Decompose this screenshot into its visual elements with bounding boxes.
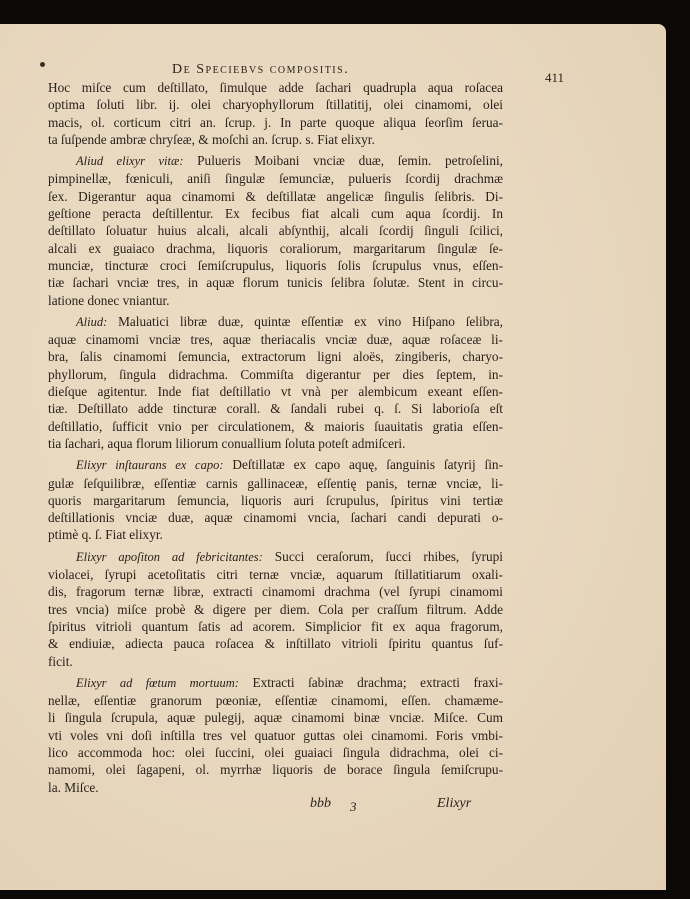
text-line: Elixyr ad fœtum mortuum: Extracti ſabinæ…: [48, 674, 503, 692]
line-text: dieſque agitentur. Inde fiat deſtillatio…: [48, 384, 503, 399]
line-text: Extracti ſabinæ drachma; extracti fraxi-: [239, 675, 503, 690]
text-line: deſtillationis vnciæ duæ, aquæ cinamomi …: [48, 509, 503, 526]
text-line: Hoc miſce cum deſtillato, ſimulque adde …: [48, 79, 503, 96]
text-line: latione donec vniantur.: [48, 292, 503, 309]
line-text: munciæ, tincturæ croci ſemiſcrupulus, li…: [48, 258, 503, 273]
text-line: alcali ex guaiaco drachma, liquoris cora…: [48, 240, 503, 257]
line-text: la. Miſce.: [48, 780, 99, 795]
text-line: geſtione peracta deſtillentur. Ex fecibu…: [48, 205, 503, 222]
line-text: quoris margaritarum ſemuncia, liquoris a…: [48, 493, 503, 508]
line-text: ſpiritus vitrioli quantum ſatis ad acore…: [48, 619, 503, 634]
text-line: ptimè q. ſ. Fiat elixyr.: [48, 526, 503, 543]
text-line: la. Miſce.: [48, 779, 503, 796]
line-text: gulæ ſeſquilibræ, eſſentiæ carnis gallin…: [48, 476, 503, 491]
line-text: lico accommoda hoc: olei ſuccini, olei g…: [48, 745, 503, 760]
rubric-heading: Elixyr apoſiton ad febricitantes:: [76, 550, 263, 564]
text-line: pimpinellæ, fœniculi, aniſi ſingulæ ſemu…: [48, 170, 503, 187]
line-text: tia ſachari, aqua florum liliorum conual…: [48, 436, 405, 451]
line-text: latione donec vniantur.: [48, 293, 169, 308]
text-line: tiæ. Deſtillato adde tincturæ corall. & …: [48, 400, 503, 417]
signature-mark: bbb: [310, 796, 331, 812]
line-text: li ſingula ſcrupula, aquæ pulegij, aquæ …: [48, 710, 503, 725]
text-line: ſpiritus vitrioli quantum ſatis ad acore…: [48, 618, 503, 635]
line-text: deſtillatio, ſufficit vnio per circulati…: [48, 419, 503, 434]
text-line: lico accommoda hoc: olei ſuccini, olei g…: [48, 744, 503, 761]
text-line: Aliud: Maluatici libræ duæ, quintæ eſſen…: [48, 313, 503, 331]
line-text: namomi, olei ſagapeni, ol. myrrhæ liquor…: [48, 762, 503, 777]
body-text: Hoc miſce cum deſtillato, ſimulque adde …: [48, 79, 503, 796]
line-text: phyllorum, ſingula didrachma. Commiſta d…: [48, 367, 503, 382]
text-line: nellæ, eſſentiæ granorum pœoniæ, eſſenti…: [48, 692, 503, 709]
text-line: namomi, olei ſagapeni, ol. myrrhæ liquor…: [48, 761, 503, 778]
line-text: geſtione peracta deſtillentur. Ex fecibu…: [48, 206, 503, 221]
text-line: & endiuiæ, adiecta pauca roſacea & inſti…: [48, 635, 503, 652]
text-line: ſex. Digerantur aqua cinamomi & deſtilla…: [48, 188, 503, 205]
line-text: violacei, ſyrupi acetoſitatis citri tern…: [48, 567, 503, 582]
rubric-heading: Elixyr inſtaurans ex capo:: [76, 458, 223, 472]
text-line: phyllorum, ſingula didrachma. Commiſta d…: [48, 366, 503, 383]
line-text: optima ſoluti libr. ij. olei charyophyll…: [48, 97, 503, 112]
text-line: macis, ol. corticum citri an. ſcrup. j. …: [48, 114, 503, 131]
text-line: quoris margaritarum ſemuncia, liquoris a…: [48, 492, 503, 509]
line-text: Deſtillatæ ex capo aquę, ſanguinis ſatyr…: [223, 457, 503, 472]
text-line: deſtillato ſoluatur huius alcali, alcali…: [48, 222, 503, 239]
text-line: Aliud elixyr vitæ: Pulueris Moibani vnci…: [48, 152, 503, 170]
text-line: tia ſachari, aqua florum liliorum conual…: [48, 435, 503, 452]
line-text: vti voles vni doſi inſtilla tres vel qua…: [48, 728, 503, 743]
page-number: 411: [545, 70, 564, 86]
line-text: ta ſuſpende ambræ chryſeæ, & moſchi an. …: [48, 132, 375, 147]
running-title: De Speciebvs compositis.: [172, 62, 349, 78]
text-line: tiæ ſachari vnciæ tres, in aquæ florum t…: [48, 274, 503, 291]
text-line: violacei, ſyrupi acetoſitatis citri tern…: [48, 566, 503, 583]
line-text: ptimè q. ſ. Fiat elixyr.: [48, 527, 163, 542]
line-text: alcali ex guaiaco drachma, liquoris cora…: [48, 241, 503, 256]
line-text: pimpinellæ, fœniculi, aniſi ſingulæ ſemu…: [48, 171, 503, 186]
paragraph: Elixyr ad fœtum mortuum: Extracti ſabinæ…: [48, 674, 503, 796]
book-page: De Speciebvs compositis. 411 Hoc miſce c…: [0, 24, 666, 890]
line-text: Pulueris Moibani vnciæ duæ, ſemin. petro…: [183, 153, 503, 168]
rubric-heading: Elixyr ad fœtum mortuum:: [76, 676, 239, 690]
line-text: Hoc miſce cum deſtillato, ſimulque adde …: [48, 80, 503, 95]
paragraph: Elixyr apoſiton ad febricitantes: Succi …: [48, 548, 503, 670]
line-text: & endiuiæ, adiecta pauca roſacea & inſti…: [48, 636, 503, 651]
text-line: li ſingula ſcrupula, aquæ pulegij, aquæ …: [48, 709, 503, 726]
paragraph: Aliud elixyr vitæ: Pulueris Moibani vnci…: [48, 152, 503, 309]
paragraph: Elixyr inſtaurans ex capo: Deſtillatæ ex…: [48, 456, 503, 543]
text-line: Elixyr apoſiton ad febricitantes: Succi …: [48, 548, 503, 566]
line-text: bra, ſalis cinamomi ſemuncia, extractoru…: [48, 349, 503, 364]
rubric-heading: Aliud elixyr vitæ:: [76, 154, 183, 168]
line-text: Maluatici libræ duæ, quintæ eſſentiæ ex …: [107, 314, 503, 329]
text-line: tres vncia) miſce probè & digere per die…: [48, 601, 503, 618]
line-text: Succi ceraſorum, ſucci rhibes, ſyrupi: [263, 549, 503, 564]
line-text: dis, fragorum ternæ libræ, extracti cina…: [48, 584, 503, 599]
line-text: nellæ, eſſentiæ granorum pœoniæ, eſſenti…: [48, 693, 503, 708]
text-line: deſtillatio, ſufficit vnio per circulati…: [48, 418, 503, 435]
text-line: vti voles vni doſi inſtilla tres vel qua…: [48, 727, 503, 744]
text-line: bra, ſalis cinamomi ſemuncia, extractoru…: [48, 348, 503, 365]
text-line: aquæ cinamomi vnciæ tres, aquæ theriacal…: [48, 331, 503, 348]
signature-number: 3: [350, 799, 357, 815]
line-text: ſex. Digerantur aqua cinamomi & deſtilla…: [48, 189, 503, 204]
line-text: macis, ol. corticum citri an. ſcrup. j. …: [48, 115, 503, 130]
line-text: tiæ. Deſtillato adde tincturæ corall. & …: [48, 401, 503, 416]
text-line: dieſque agitentur. Inde fiat deſtillatio…: [48, 383, 503, 400]
line-text: ficit.: [48, 654, 73, 669]
line-text: deſtillato ſoluatur huius alcali, alcali…: [48, 223, 503, 238]
paragraph: Hoc miſce cum deſtillato, ſimulque adde …: [48, 79, 503, 148]
line-text: aquæ cinamomi vnciæ tres, aquæ theriacal…: [48, 332, 503, 347]
rubric-heading: Aliud:: [76, 315, 107, 329]
text-line: ficit.: [48, 653, 503, 670]
text-line: munciæ, tincturæ croci ſemiſcrupulus, li…: [48, 257, 503, 274]
text-line: gulæ ſeſquilibræ, eſſentiæ carnis gallin…: [48, 475, 503, 492]
catchword: Elixyr: [437, 796, 471, 812]
text-line: dis, fragorum ternæ libræ, extracti cina…: [48, 583, 503, 600]
line-text: tres vncia) miſce probè & digere per die…: [48, 602, 503, 617]
line-text: deſtillationis vnciæ duæ, aquæ cinamomi …: [48, 510, 503, 525]
text-line: Elixyr inſtaurans ex capo: Deſtillatæ ex…: [48, 456, 503, 474]
line-text: tiæ ſachari vnciæ tres, in aquæ florum t…: [48, 275, 503, 290]
text-line: ta ſuſpende ambræ chryſeæ, & moſchi an. …: [48, 131, 503, 148]
paragraph: Aliud: Maluatici libræ duæ, quintæ eſſen…: [48, 313, 503, 452]
text-line: optima ſoluti libr. ij. olei charyophyll…: [48, 96, 503, 113]
ink-spot: [40, 62, 45, 67]
